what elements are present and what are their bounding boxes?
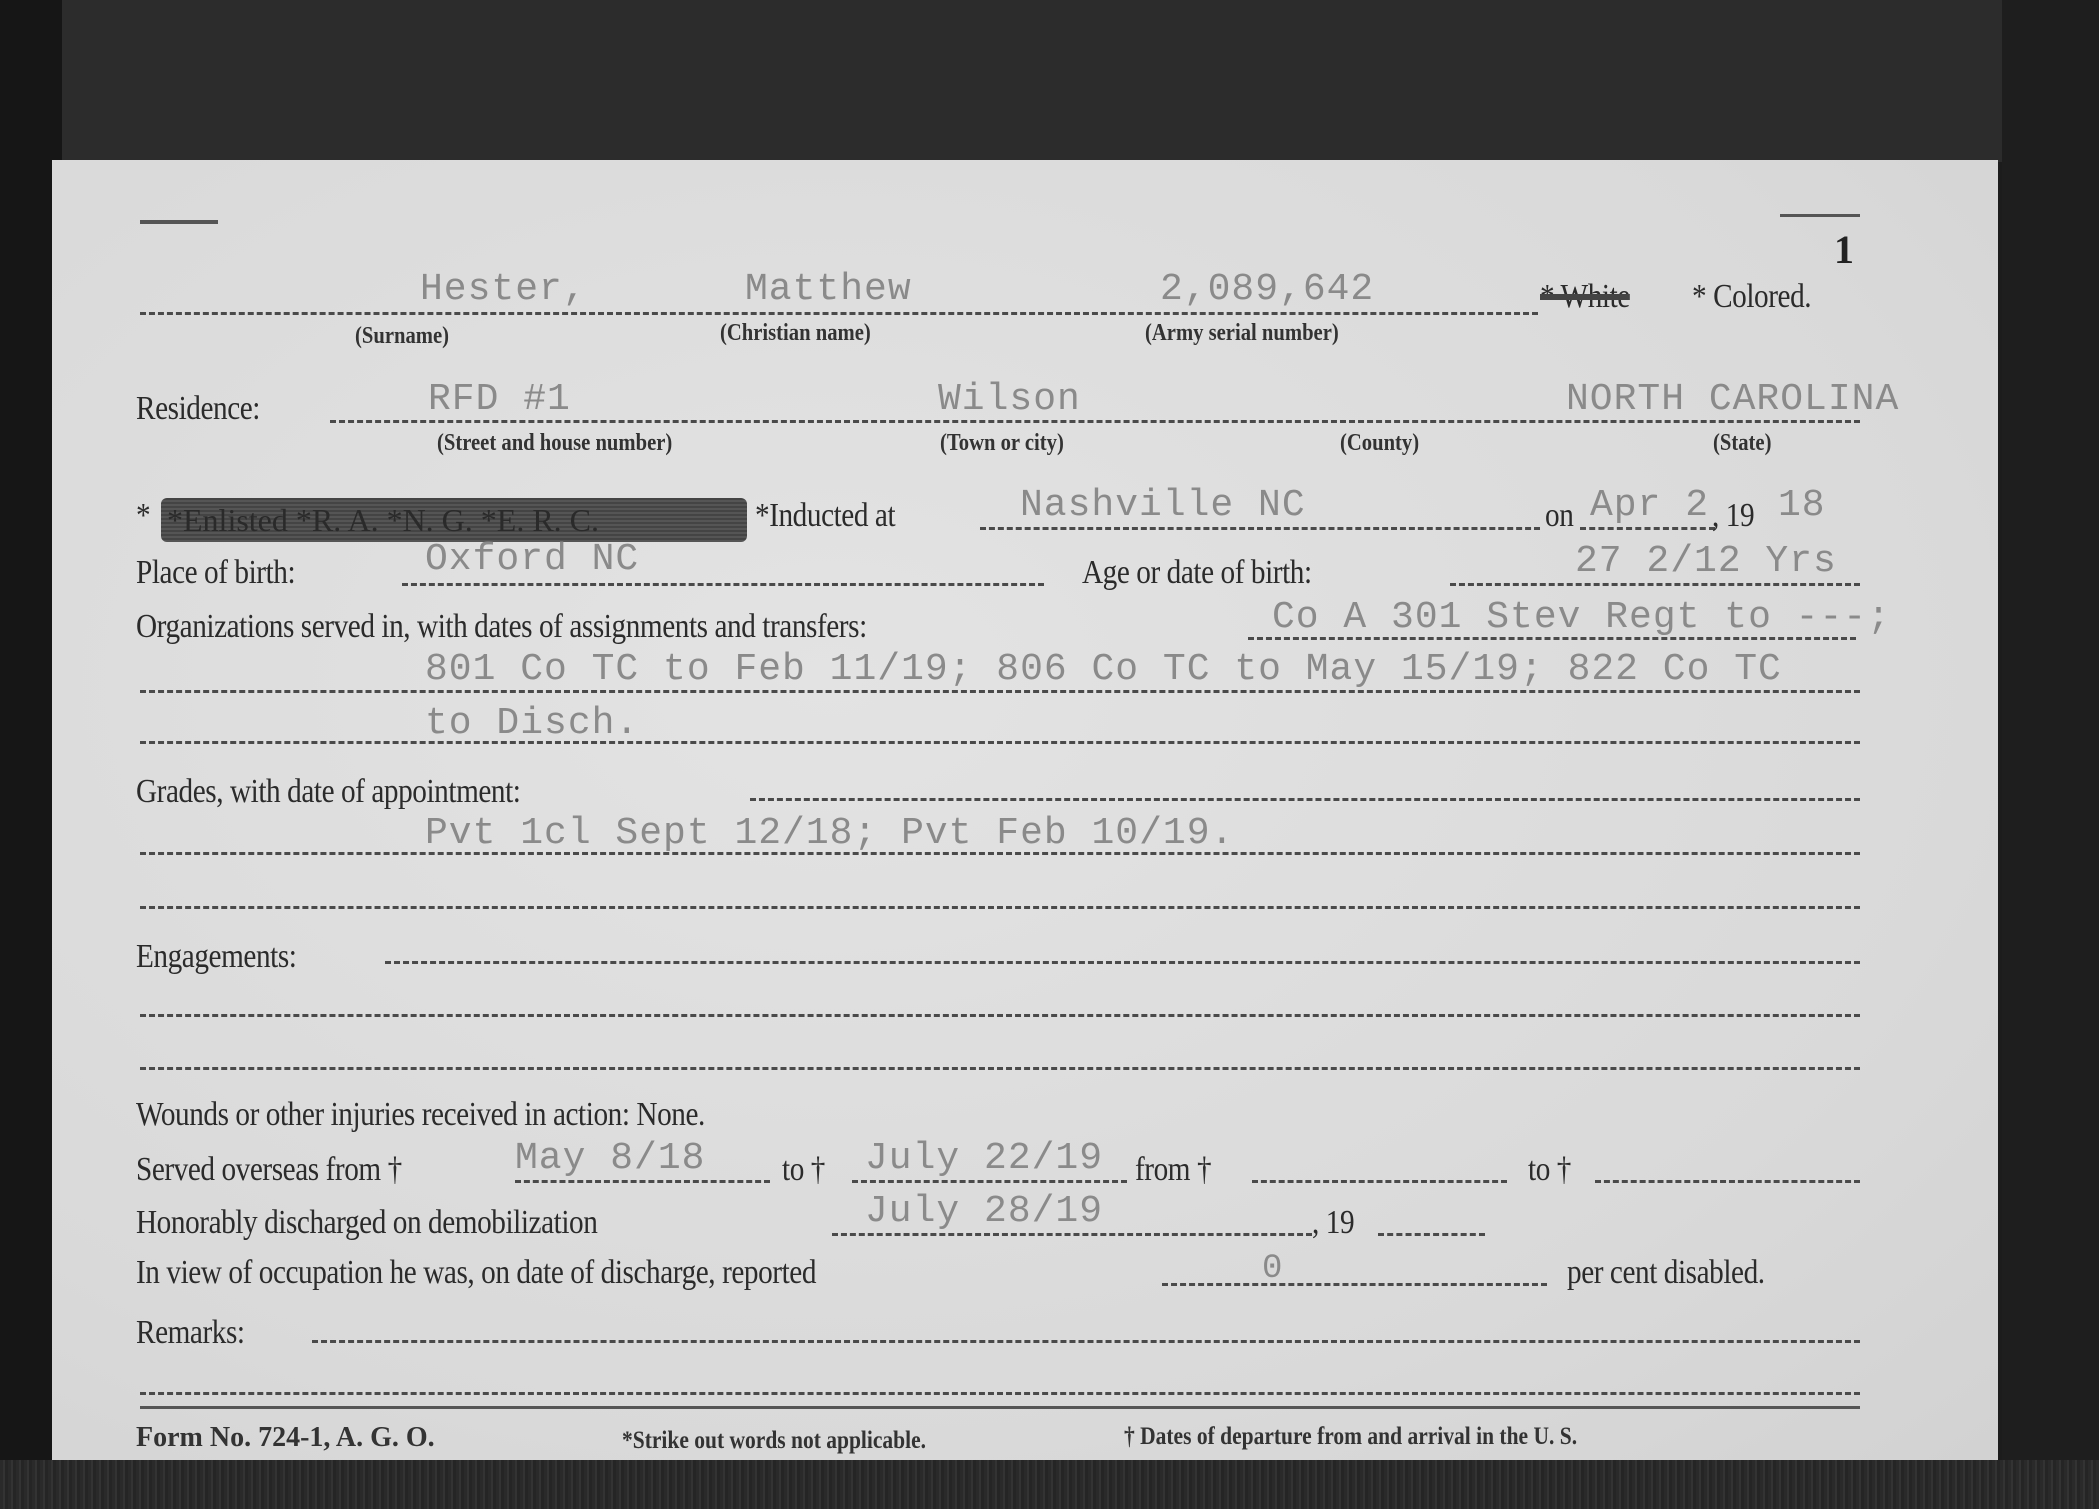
disability-line xyxy=(1162,1283,1547,1286)
grades-line-3 xyxy=(140,906,1860,909)
remarks-line-2 xyxy=(140,1392,1860,1395)
scan-background-right xyxy=(2002,0,2099,1509)
top-right-rule xyxy=(1780,214,1860,217)
discharged-date-value: July 28/19 xyxy=(865,1190,1103,1233)
surname-label: (Surname) xyxy=(355,323,449,350)
organizations-label: Organizations served in, with dates of a… xyxy=(136,608,867,646)
inducted-at-label: *Inducted at xyxy=(755,497,895,535)
age-line xyxy=(1450,583,1860,586)
discharged-label: Honorably discharged on demobilization xyxy=(136,1204,597,1242)
on-label: on xyxy=(1545,497,1573,535)
disability-label: In view of occupation he was, on date of… xyxy=(136,1254,816,1292)
top-left-dash xyxy=(140,220,218,224)
card-number: 1 xyxy=(1834,226,1854,273)
footer-rule xyxy=(140,1406,1860,1409)
grades-line-2 xyxy=(140,852,1860,855)
organization-line-2: 801 Co TC to Feb 11/19; 806 Co TC to May… xyxy=(425,648,1782,691)
place-of-birth-label: Place of birth: xyxy=(136,554,295,592)
race-white-struck: * White xyxy=(1540,278,1630,316)
grades-line-1 xyxy=(750,798,1860,801)
town-label: (Town or city) xyxy=(940,430,1064,457)
residence-label: Residence: xyxy=(136,390,260,428)
second-from-label: from † xyxy=(1135,1151,1211,1189)
overseas-from-value: May 8/18 xyxy=(515,1137,705,1180)
grades-value: Pvt 1cl Sept 12/18; Pvt Feb 10/19. xyxy=(425,812,1234,855)
engagements-line-2 xyxy=(140,1014,1860,1017)
inducted-year-value: 18 xyxy=(1778,484,1826,527)
state-label: (State) xyxy=(1713,430,1771,457)
place-of-birth-value: Oxford NC xyxy=(425,538,639,581)
overseas-to-label: to † xyxy=(782,1151,825,1189)
inducted-at-value: Nashville NC xyxy=(1020,484,1306,527)
per-cent-disabled-label: per cent disabled. xyxy=(1567,1254,1765,1292)
age-value: 27 2/12 Yrs xyxy=(1575,540,1837,583)
inducted-date-value: Apr 2 xyxy=(1590,484,1709,527)
engagements-label: Engagements: xyxy=(136,938,296,976)
enlisted-options-struck: *Enlisted *R. A. *N. G. *E. R. C. xyxy=(161,498,747,542)
overseas-from-line xyxy=(515,1180,770,1183)
grades-label: Grades, with date of appointment: xyxy=(136,773,521,811)
overseas-to-line xyxy=(852,1180,1127,1183)
residence-street-value: RFD #1 xyxy=(428,378,571,421)
christian-name-value: Matthew xyxy=(745,268,912,311)
second-to-line xyxy=(1595,1180,1860,1183)
county-label: (County) xyxy=(1340,430,1419,457)
surname-value: Hester, xyxy=(420,268,587,311)
age-label: Age or date of birth: xyxy=(1082,554,1312,592)
wounds-label: Wounds or other injuries received in act… xyxy=(136,1096,705,1134)
race-colored: * Colored. xyxy=(1692,278,1811,316)
overseas-to-value: July 22/19 xyxy=(865,1137,1103,1180)
serial-number-label: (Army serial number) xyxy=(1145,320,1339,347)
enlisted-asterisk: * xyxy=(136,497,150,535)
serial-number-value: 2,089,642 xyxy=(1160,268,1374,311)
residence-town-value: Wilson xyxy=(938,378,1081,421)
form-number: Form No. 724-1, A. G. O. xyxy=(136,1422,435,1454)
discharged-year-line xyxy=(1378,1233,1485,1236)
year-prefix: , 19 xyxy=(1712,497,1754,535)
inducted-date-line xyxy=(1580,527,1715,530)
strike-out-note: *Strike out words not applicable. xyxy=(622,1427,926,1455)
place-of-birth-line xyxy=(402,583,1044,586)
scan-background-top xyxy=(62,0,2002,162)
engagements-line-1 xyxy=(385,961,1860,964)
organizations-line-1 xyxy=(1248,637,1856,640)
residence-state-value: NORTH CAROLINA xyxy=(1566,378,1899,421)
discharged-year-prefix: , 19 xyxy=(1312,1204,1354,1242)
served-overseas-label: Served overseas from † xyxy=(136,1151,402,1189)
engagements-line-3 xyxy=(140,1067,1860,1070)
christian-name-label: (Christian name) xyxy=(720,320,871,347)
organizations-line-3 xyxy=(140,741,1860,744)
organization-line-1: Co A 301 Stev Regt to ---; xyxy=(1272,596,1891,639)
second-to-label: to † xyxy=(1528,1151,1571,1189)
remarks-line-1 xyxy=(312,1340,1860,1343)
discharged-date-line xyxy=(832,1233,1312,1236)
inducted-at-line xyxy=(980,527,1540,530)
second-from-line xyxy=(1252,1180,1507,1183)
dates-note: † Dates of departure from and arrival in… xyxy=(1124,1423,1577,1451)
organizations-line-2 xyxy=(140,690,1860,693)
remarks-label: Remarks: xyxy=(136,1314,245,1352)
street-label: (Street and house number) xyxy=(437,430,672,457)
organization-line-3: to Disch. xyxy=(425,702,639,745)
residence-line xyxy=(330,420,1860,423)
name-line xyxy=(140,312,1538,315)
scan-background-bottom xyxy=(0,1460,2099,1509)
